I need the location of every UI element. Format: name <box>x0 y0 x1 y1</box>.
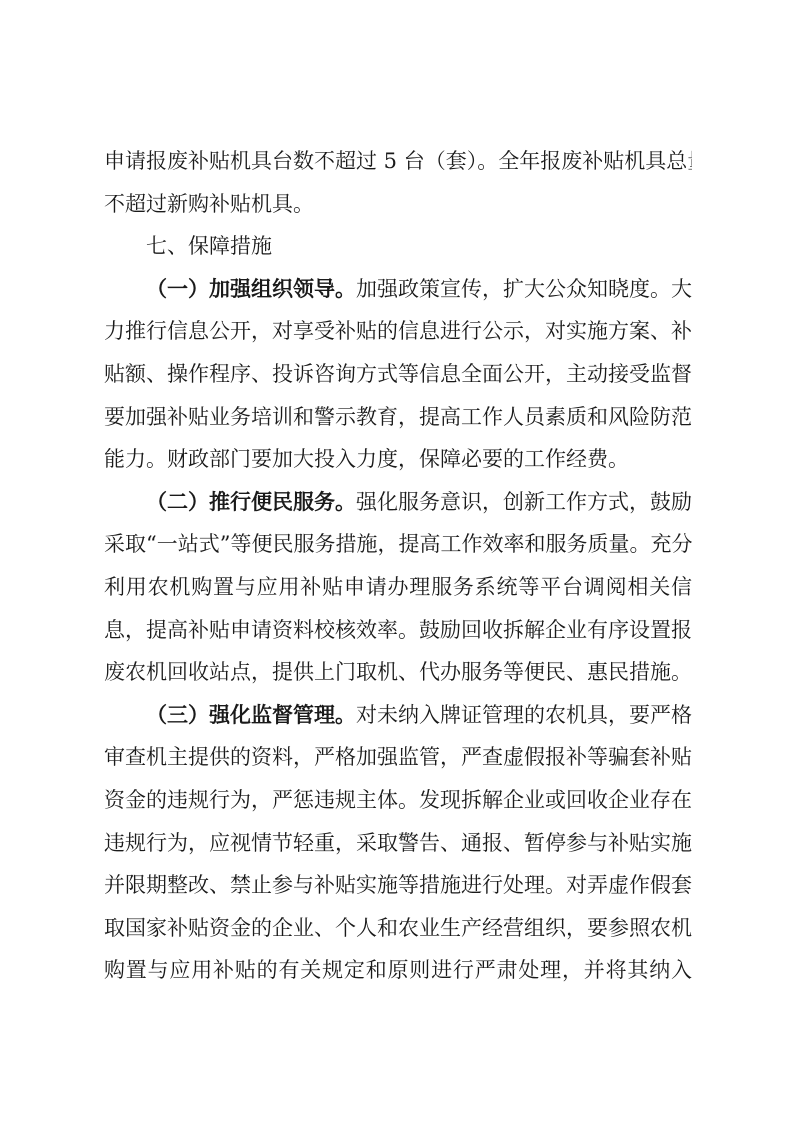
text-line: 申请报废补贴机具台数不超过 5 台（套）。全年报废补贴机具总量 <box>104 140 692 183</box>
text-line: 力推行信息公开，对享受补贴的信息进行公示，对实施方案、补 <box>104 310 692 353</box>
text-line: 审查机主提供的资料，严格加强监管，严查虚假报补等骗套补贴 <box>104 736 692 779</box>
text-line: （三）强化监督管理。对未纳入牌证管理的农机具，要严格 <box>104 694 692 737</box>
text-line: 废农机回收站点，提供上门取机、代办服务等便民、惠民措施。 <box>104 651 692 694</box>
paragraph-continuation: 申请报废补贴机具台数不超过 5 台（套）。全年报废补贴机具总量 不超过新购补贴机… <box>104 140 692 225</box>
paragraph-convenience-services: （二）推行便民服务。强化服务意识，创新工作方式，鼓励 采取“一站式”等便民服务措… <box>104 481 692 694</box>
text-line: 息，提高补贴申请资料校核效率。鼓励回收拆解企业有序设置报 <box>104 609 692 652</box>
text-line: 要加强补贴业务培训和警示教育，提高工作人员素质和风险防范 <box>104 396 692 439</box>
text-line: （二）推行便民服务。强化服务意识，创新工作方式，鼓励 <box>104 481 692 524</box>
text-line: 购置与应用补贴的有关规定和原则进行严肃处理，并将其纳入 <box>104 949 692 992</box>
text-line: 取国家补贴资金的企业、个人和农业生产经营组织，要参照农机 <box>104 907 692 950</box>
text-line: 资金的违规行为，严惩违规主体。发现拆解企业或回收企业存在 <box>104 779 692 822</box>
subsection-title: （三）强化监督管理。 <box>146 703 356 727</box>
text-line: 能力。财政部门要加大投入力度，保障必要的工作经费。 <box>104 438 692 481</box>
text-line: （一）加强组织领导。加强政策宣传，扩大公众知晓度。大 <box>104 268 692 311</box>
text-line: 采取“一站式”等便民服务措施，提高工作效率和服务质量。充分 <box>104 523 692 566</box>
text-run: 加强政策宣传，扩大公众知晓度。大 <box>356 277 692 301</box>
paragraph-supervision-management: （三）强化监督管理。对未纳入牌证管理的农机具，要严格 审查机主提供的资料，严格加… <box>104 694 692 992</box>
text-line: 贴额、操作程序、投诉咨询方式等信息全面公开，主动接受监督。 <box>104 353 692 396</box>
section-heading: 七、保障措施 <box>104 225 692 268</box>
text-line: 利用农机购置与应用补贴申请办理服务系统等平台调阅相关信 <box>104 566 692 609</box>
text-line: 不超过新购补贴机具。 <box>104 183 692 226</box>
document-page: 申请报废补贴机具台数不超过 5 台（套）。全年报废补贴机具总量 不超过新购补贴机… <box>104 140 692 992</box>
text-run: 强化服务意识，创新工作方式，鼓励 <box>356 490 692 514</box>
text-line: 并限期整改、禁止参与补贴实施等措施进行处理。对弄虚作假套 <box>104 864 692 907</box>
subsection-title: （二）推行便民服务。 <box>146 490 356 514</box>
subsection-title: （一）加强组织领导。 <box>146 277 356 301</box>
text-run: 对未纳入牌证管理的农机具，要严格 <box>356 703 692 727</box>
text-line: 违规行为，应视情节轻重，采取警告、通报、暂停参与补贴实施 <box>104 822 692 865</box>
paragraph-organization-leadership: （一）加强组织领导。加强政策宣传，扩大公众知晓度。大 力推行信息公开，对享受补贴… <box>104 268 692 481</box>
